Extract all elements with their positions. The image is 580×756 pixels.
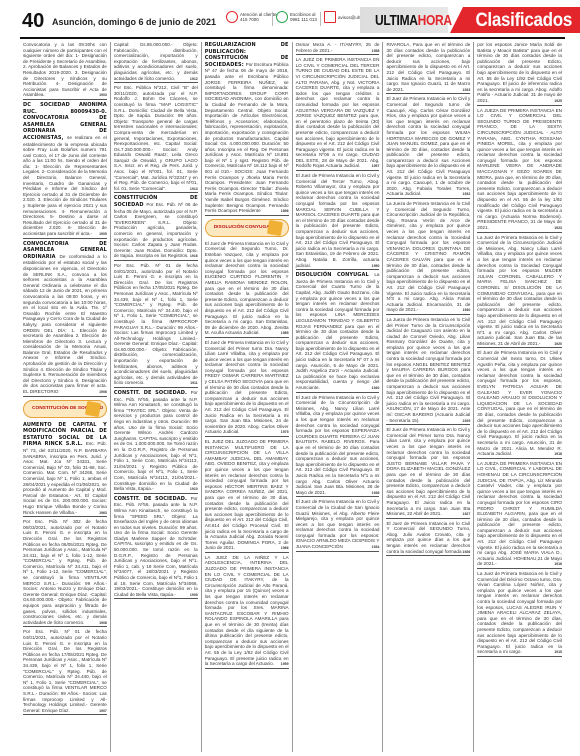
ad-code: 1940 (371, 386, 380, 392)
ad-code: 1933 (462, 88, 471, 94)
ad-code: 1959 (280, 662, 289, 668)
classified-ad: LA JUEZ DE LA NIÑEZ Y LA ADOLESCENCIA, I… (205, 555, 289, 669)
newspaper-logo: ULTIMAHORA (375, 12, 452, 29)
ad-body: Por Esc. Púb. Nº 302 de fecha 06/03/2021… (23, 519, 107, 625)
ad-code: 1934 (371, 545, 380, 551)
ad-body: LA JUEZ DE LA NIÑEZ Y LA ADOLESCENCIA, I… (205, 555, 289, 666)
ad-body: El Juez de Primera Instancia en lo Civil… (205, 241, 289, 336)
ad-body: El Juez de Primera Instancia en lo Civil… (205, 340, 289, 435)
classified-ad: La Jueza de Primera Instancia en lo Civi… (386, 317, 470, 425)
tag-badge-icon (85, 401, 101, 417)
ad-body: LA JUEZA DE PRIMERA INSTANCIA EN LO CIVI… (477, 461, 562, 567)
ad-code: 1958 (371, 49, 380, 55)
ad-body: De conformidad a lo establecido por el e… (23, 254, 107, 394)
ad-body: LA JUEZA DE PRIMERA INSTANCIA EN LO CIVI… (477, 108, 562, 230)
ad-code: 1926 (462, 550, 471, 556)
ad-body: se realizara en el establecimiento de la… (23, 135, 107, 236)
section-title: Clasificados (475, 9, 572, 32)
ad-body: Por Esc. Púb. Nº 01 de fecha 04/01/2021,… (114, 263, 198, 385)
ad-code: 1916 (189, 254, 198, 260)
classified-ad: CONSTITUCIÓN DE SOCIEDAD Por Esc. Púb. N… (114, 195, 198, 261)
ad-code: 1912 (189, 77, 198, 83)
ad-code: 1950 (371, 264, 380, 270)
ad-body: Por Esc. Púb. Nº56, pasada ante la N.P. … (114, 496, 198, 597)
ad-code: 1903 (98, 93, 107, 99)
column-3: REGULARIZACIÓN DE PUBLICACIÓN: CONSTITUC… (202, 42, 293, 752)
ad-body: La Juez de Primera Instancia en lo Civil… (477, 571, 562, 654)
column-2: Capital: Gs.85.000.000.- Objeto: Fabrica… (111, 42, 202, 752)
classified-ad: LA JUEZA DE PRIMERA INSTANCIA EN LO CIVI… (477, 461, 562, 569)
ad-code: 1896 (280, 209, 289, 215)
ad-body: Por Esc. Pública Nº212, Civil "B" del 30… (114, 85, 198, 191)
phone-icon (226, 11, 238, 23)
ad-code: 1929 (462, 419, 471, 425)
classified-ad: La Juez de Primera Instancia en lo Civil… (477, 571, 562, 657)
classified-ad: El Juez de Primera Instancia en lo Civil… (296, 499, 380, 551)
column-6: por los esposos Janice María Soldi de Ba… (474, 42, 565, 752)
section-tag-constitucion: Constitución de sociedad (23, 400, 107, 418)
classified-ad: Por Esc. Púb. Nº 01 de fecha 04/01/2021,… (114, 263, 198, 388)
publication-date: Asunción, domingo 6 de junio de 2021 (52, 17, 216, 27)
ad-code: 1936 (371, 491, 380, 497)
page-number: 40 (22, 10, 44, 33)
classified-ad: DISOLUCIÓN CONYUGAL La Jueza de Primera … (296, 272, 380, 392)
page-header: 40 Asunción, domingo 6 de junio de 2021 … (0, 0, 580, 40)
ad-body: Osmar Meza A. - IT/AMYRY, 25 de Febrero … (296, 42, 380, 53)
classified-ad: La Jueza de Primera Instancia en lo Civi… (386, 201, 470, 315)
column-1: Convocatoria y a las 09:30hs con cualqui… (20, 42, 111, 752)
ad-code: 1906 (98, 390, 107, 396)
ad-code: 1908 (98, 621, 107, 627)
ad-code: 1930 (462, 308, 471, 314)
classified-ad: El Juez de Primera Instancia en lo Civil… (205, 340, 289, 437)
ad-body: EL JUEZ DEL JUZGADO DE PRIMERA INSTANCIA… (205, 439, 289, 550)
ad-code: 1927 (462, 512, 471, 518)
ad-body: por los esposos Janice María Soldi de Ba… (477, 42, 562, 103)
ad-code: 1918 (553, 452, 562, 458)
classified-ad: El Juez de Primera Instancia en lo Civil… (296, 173, 380, 270)
ad-body: Esc. Púb. Nº 73, del 02/11/2020, N.P. BA… (23, 441, 107, 514)
ad-code: 1923 (553, 226, 562, 232)
whatsapp-icon (276, 11, 288, 23)
ad-body: La Jueza de Primera Instancia en lo Civi… (296, 272, 380, 390)
contact-value: 0981 111 013 (290, 17, 317, 22)
ad-body: El Juez de Primera Instancia en lo Civil… (296, 499, 380, 549)
divider (320, 12, 321, 26)
ad-body: El Juez de Primera Instancia en lo Civil… (386, 427, 470, 516)
ad-body: Por Esc. Púb. Nº 06 de fecha 05 de Mayo,… (114, 202, 198, 258)
section-tag-disolucion: Disolución conyugal (205, 219, 289, 237)
ad-code: 1985 (280, 331, 289, 337)
classified-ad: REGULARIZACIÓN DE PUBLICACIÓN: CONSTITUC… (205, 42, 289, 216)
classified-ad: Capital: Gs.85.000.000.- Objeto: Fabrica… (114, 42, 198, 83)
ad-code: 1911 (189, 381, 198, 387)
ad-code: 1916 (553, 562, 562, 568)
ad-code: 1905 (98, 232, 107, 238)
ad-body: Por Esc. Púb. Nº 01 de fecha 04/01/2021,… (23, 629, 107, 712)
ad-title: CONSTIT. DE SOCIEDAD. (114, 390, 191, 396)
ad-body: La Jueza de Primera Instancia en lo Civi… (386, 317, 470, 423)
section-banner: Clasificados (450, 7, 580, 33)
ad-code: 1915 (553, 650, 562, 656)
classified-ad: El Juez de Primera Instancia en lo Civil… (477, 350, 562, 458)
ad-body: El Juez de Primera Instancia en lo Civil… (386, 521, 470, 554)
ad-body: Convocatoria y a las 09:30hs con cualqui… (23, 42, 107, 97)
ad-code: 1963 (98, 511, 107, 517)
classified-ad: El Juez de Primera Instancia en lo Civil… (296, 395, 380, 498)
classified-ad: CONVOCATORIA DE ASAMBLEA GENERAL ORDINAR… (23, 241, 107, 397)
classified-ad: LA JUEZ DE PRIMERA INSTANCIA EN LO CIVIL… (296, 57, 380, 171)
ad-body: La Jueza de Primera Instancia en lo Civi… (386, 201, 470, 312)
ad-title: CONSTIT. DE SOCIEDAD. (114, 496, 191, 502)
whatsapp-contact: Escribinos al 0981 111 013 (276, 11, 317, 23)
header-rule (20, 37, 565, 39)
classified-ad: Aumento de Capital y Modificación Parcia… (23, 422, 107, 518)
classifieds-columns: Convocatoria y a las 09:30hs con cualqui… (20, 42, 565, 752)
ad-code: 1910 (189, 487, 198, 493)
mail-icon (324, 11, 336, 23)
ad-code: 1932 (462, 192, 471, 198)
classified-ad: LA JUEZA DE PRIMERA INSTANCIA EN LO CIVI… (477, 108, 562, 233)
ad-body: El Juez de Primera Instancia en lo Civil… (477, 350, 562, 456)
classified-ad: Osmar Meza A. - IT/AMYRY, 25 de Febrero … (296, 42, 380, 55)
classified-ad: Por Esc. Púb. Nº 01 de fecha 04/01/2021,… (23, 629, 107, 715)
ad-body: Por Escritura Pública Nº 47 de fecha 06 … (205, 62, 289, 213)
classified-ad: RIVAROLA, Para que en el término de 30 d… (386, 42, 470, 94)
classified-ad: CONSTIT. DE SOCIEDAD. Por Esc. Púb. Nº55… (114, 390, 198, 494)
classified-ad: El Juez de Primera Instancia en lo Civil… (386, 96, 470, 199)
classified-ad: por los esposos Janice María Soldi de Ba… (477, 42, 562, 106)
ad-body: RIVAROLA, Para que en el término de 30 d… (386, 42, 470, 92)
classified-ad: Convocatoria y a las 09:30hs con cualqui… (23, 42, 107, 100)
ad-code: 1975 (280, 430, 289, 436)
divider (272, 12, 273, 26)
ad-code: 1925 (553, 99, 562, 105)
ad-body: El Juez de Primera Instancia en lo Civil… (296, 395, 380, 495)
column-5: RIVAROLA, Para que en el término de 30 d… (383, 42, 474, 752)
ad-code: 1907 (98, 709, 107, 715)
ad-code: 1909 (189, 593, 198, 599)
classified-ad: CONSTIT. DE SOCIEDAD. Por Esc. Púb. Nº56… (114, 496, 198, 600)
classified-ad: El Juez de Primera Instancia en lo Civil… (386, 521, 470, 557)
classified-ad: Por Esc. Púb. Nº 302 de fecha 06/03/2021… (23, 519, 107, 627)
ad-title: DISOLUCIÓN CONYUGAL (296, 272, 375, 278)
classified-ad: Por Esc. Pública Nº212, Civil "B" del 30… (114, 85, 198, 193)
tag-badge-icon (266, 220, 282, 236)
ad-body: LA JUEZ DE PRIMERA INSTANCIA EN LO CIVIL… (296, 57, 380, 168)
ad-body: La Juez de Primera Instancia en lo Civil… (477, 235, 562, 346)
ad-body: El Juez de Primera Instancia en lo Civil… (296, 173, 380, 268)
column-4: Osmar Meza A. - IT/AMYRY, 25 de Febrero … (293, 42, 384, 752)
ad-body: Por Esc. Púb. Nº55, pasada ante la N.P. … (114, 390, 198, 491)
classified-ad: EL JUEZ DEL JUZGADO DE PRIMERA INSTANCIA… (205, 439, 289, 553)
ad-body: Capital: Gs.85.000.000.- Objeto: Fabrica… (114, 42, 198, 81)
classified-ad: El Juez de Primera Instancia en lo Civil… (386, 427, 470, 519)
ad-code: 1966 (280, 546, 289, 552)
ad-code: 1913 (189, 187, 198, 193)
ad-code: 1920 (553, 342, 562, 348)
customer-service-contact: Atención al cliente: 415 7000 (226, 11, 278, 23)
classified-ad: El Juez de Primera Instancia en lo Civil… (205, 241, 289, 338)
ad-body: El Juez de Primera Instancia en lo Civil… (386, 96, 470, 196)
classified-ad: La Juez de Primera Instancia en lo Civil… (477, 235, 562, 349)
classified-ad: DC SOCIEDAD ANONIMA RUC. 80009430-0. CON… (23, 102, 107, 239)
ad-code: 1957 (371, 164, 380, 170)
